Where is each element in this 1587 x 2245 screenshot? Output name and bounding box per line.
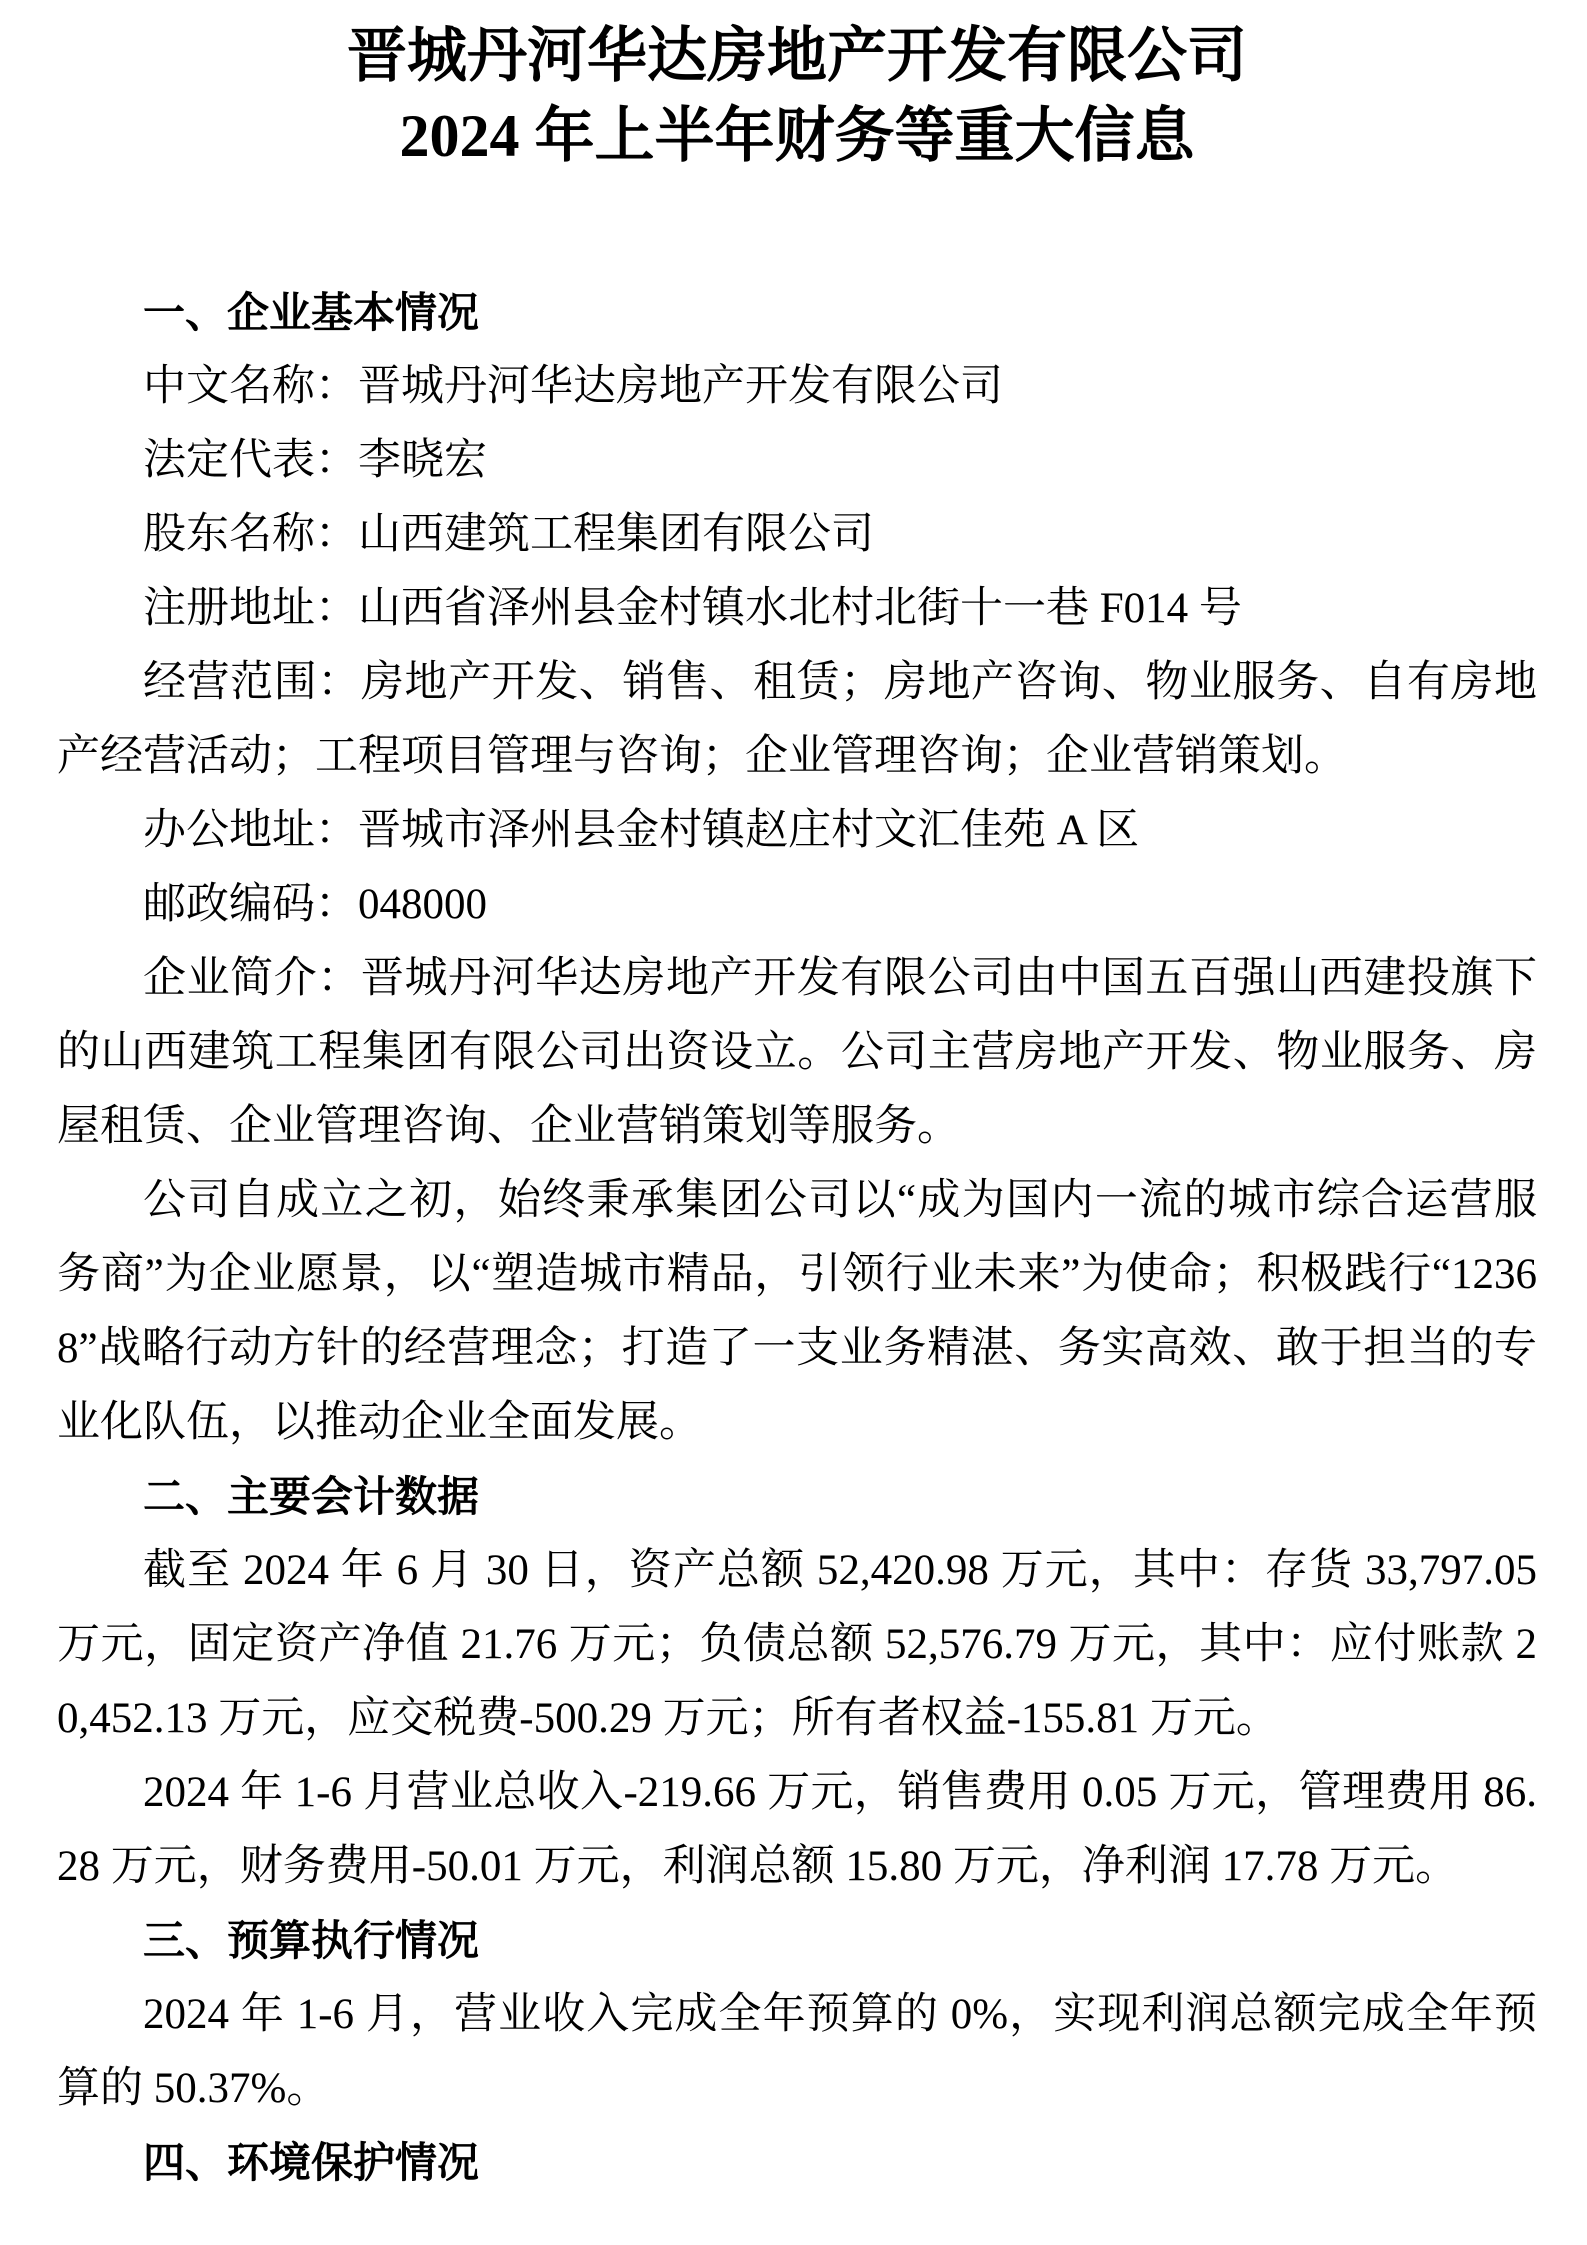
paragraph-legal-representative: 法定代表：李晓宏	[57, 424, 1537, 498]
paragraph-shareholder: 股东名称：山西建筑工程集团有限公司	[57, 498, 1537, 572]
paragraph-income-statement-data: 2024 年 1-6 月营业总收入-219.66 万元，销售费用 0.05 万元…	[57, 1756, 1537, 1904]
paragraph-budget-execution: 2024 年 1-6 月，营业收入完成全年预算的 0%，实现利润总额完成全年预算…	[57, 1978, 1537, 2126]
paragraph-company-profile: 企业简介：晋城丹河华达房地产开发有限公司由中国五百强山西建投旗下的山西建筑工程集…	[57, 942, 1537, 1164]
paragraph-office-address: 办公地址：晋城市泽州县金村镇赵庄村文汇佳苑 A 区	[57, 794, 1537, 868]
paragraph-postal-code: 邮政编码：048000	[57, 868, 1537, 942]
section-heading-3: 三、预算执行情况	[57, 1904, 1537, 1978]
section-heading-1: 一、企业基本情况	[57, 276, 1537, 350]
document-title-line2: 2024 年上半年财务等重大信息	[57, 96, 1537, 176]
paragraph-company-name: 中文名称：晋城丹河华达房地产开发有限公司	[57, 350, 1537, 424]
document-title: 晋城丹河华达房地产开发有限公司 2024 年上半年财务等重大信息	[57, 16, 1537, 176]
paragraph-balance-sheet-data: 截至 2024 年 6 月 30 日，资产总额 52,420.98 万元，其中：…	[57, 1534, 1537, 1756]
paragraph-company-vision: 公司自成立之初，始终秉承集团公司以“成为国内一流的城市综合运营服务商”为企业愿景…	[57, 1164, 1537, 1460]
document-body: 一、企业基本情况 中文名称：晋城丹河华达房地产开发有限公司 法定代表：李晓宏 股…	[57, 276, 1537, 2200]
section-heading-2: 二、主要会计数据	[57, 1460, 1537, 1534]
section-heading-4: 四、环境保护情况	[57, 2126, 1537, 2200]
document-title-line1: 晋城丹河华达房地产开发有限公司	[57, 16, 1537, 96]
paragraph-registered-address: 注册地址：山西省泽州县金村镇水北村北街十一巷 F014 号	[57, 572, 1537, 646]
paragraph-business-scope: 经营范围：房地产开发、销售、租赁；房地产咨询、物业服务、自有房地产经营活动；工程…	[57, 646, 1537, 794]
document-page: 晋城丹河华达房地产开发有限公司 2024 年上半年财务等重大信息 一、企业基本情…	[0, 0, 1587, 2245]
